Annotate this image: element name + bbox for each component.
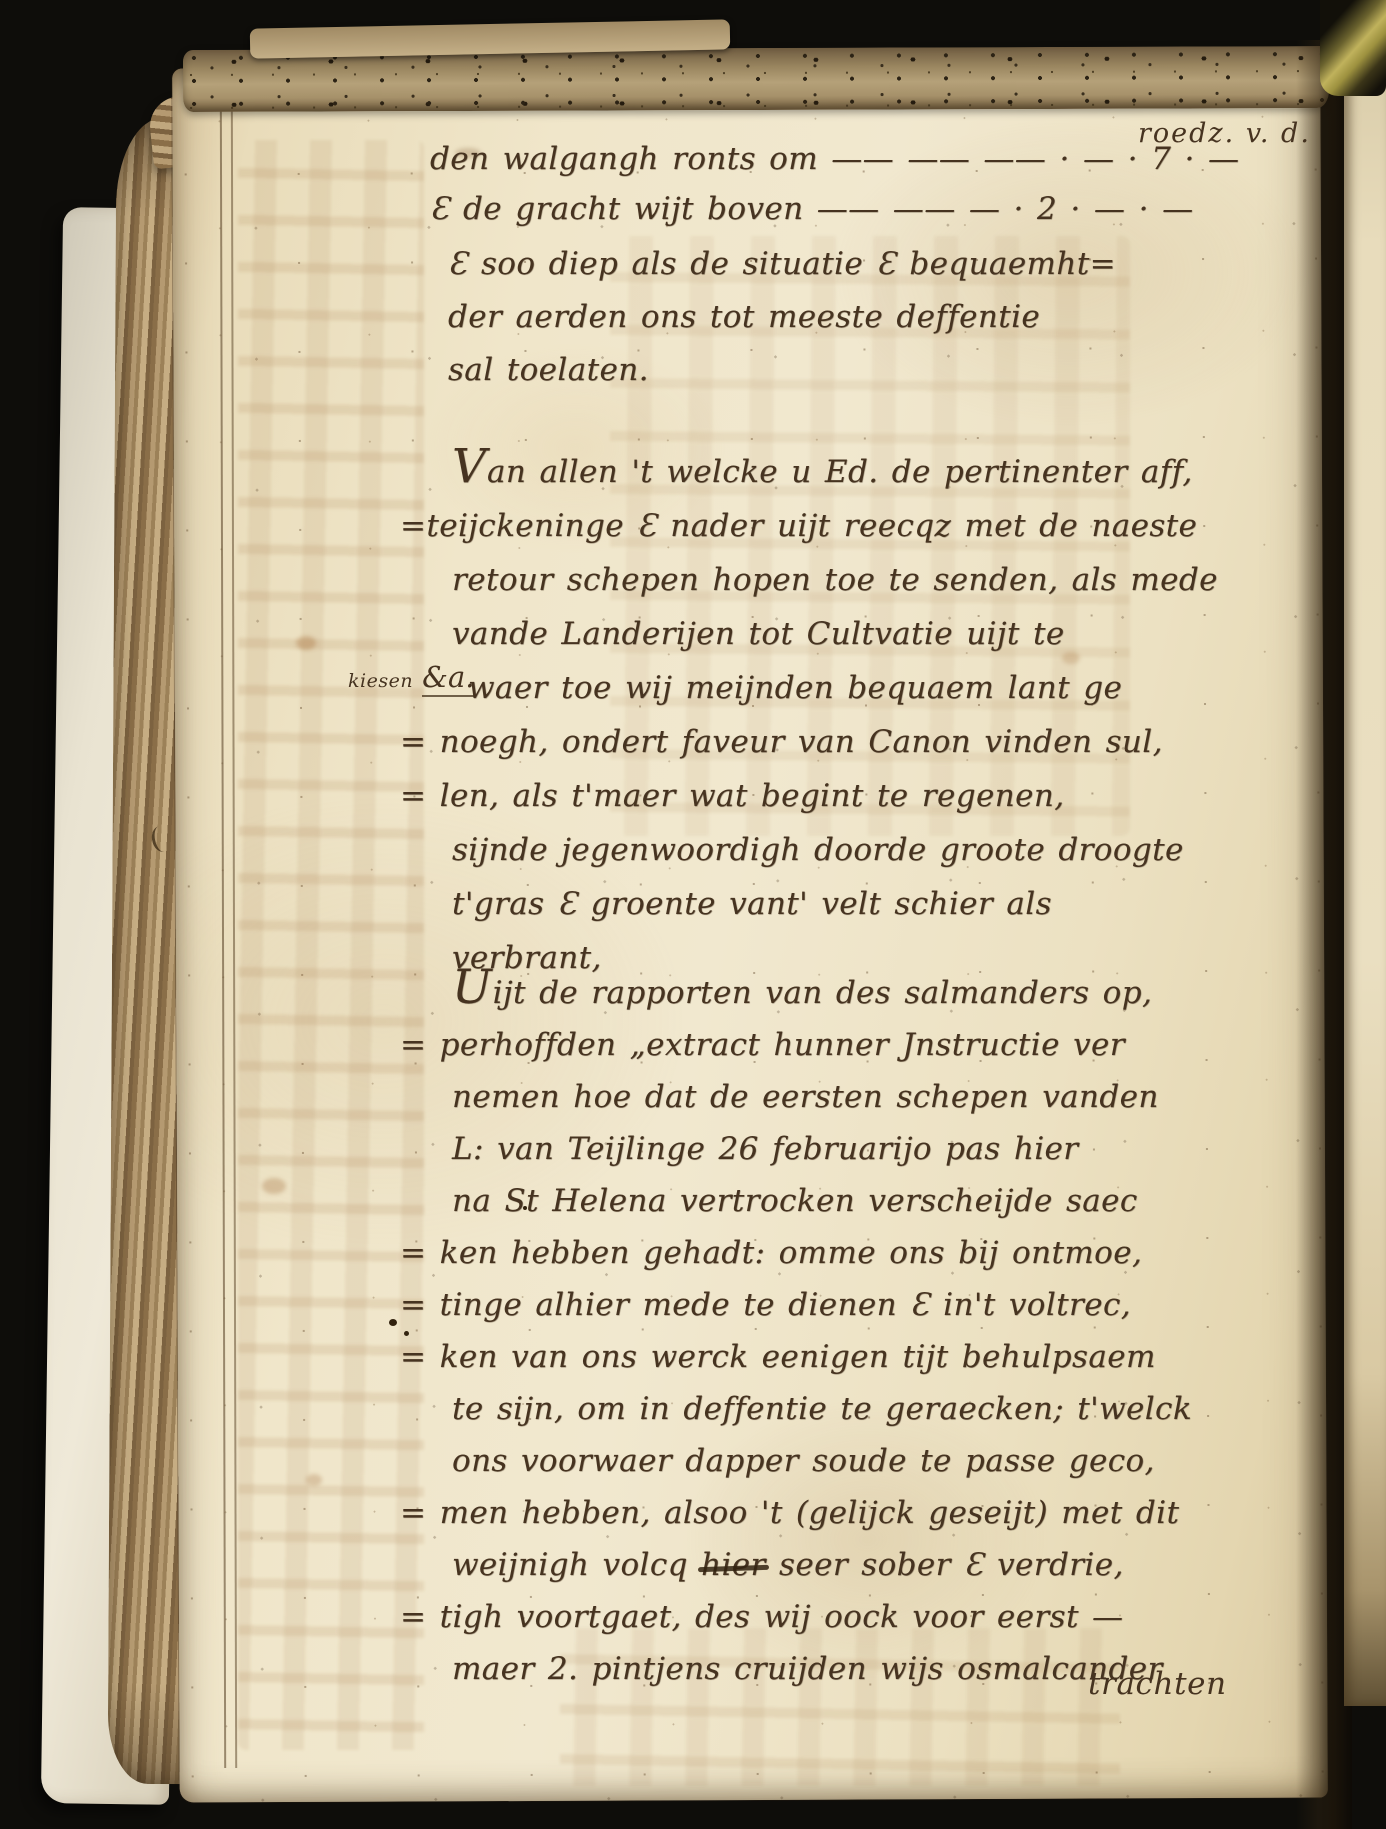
manuscript-line: = tigh voortgaet, des wij oock voor eers… <box>400 1591 1192 1643</box>
manuscript-line: waer toe wij meijnden bequaem lant ge <box>468 661 1218 715</box>
ink-bleedthrough <box>238 140 424 1750</box>
manuscript-line: vande Landerijen tot Cultvatie uijt te <box>452 607 1218 661</box>
manuscript-line: sijnde jegenwoordigh doorde groote droog… <box>452 823 1218 877</box>
line-text: te sijn, om in deffentie te geraecken; t… <box>452 1391 1192 1427</box>
foxing-stain <box>262 1178 286 1194</box>
struck-word: hier <box>701 1547 766 1583</box>
manuscript-line: te sijn, om in deffentie te geraecken; t… <box>452 1383 1192 1435</box>
manuscript-line: weijnigh volcq hier seer sober Ɛ verdrie… <box>452 1539 1192 1591</box>
binding-fragment <box>1320 0 1386 96</box>
manuscript-line: den walgangh ronts om —— —— —— · — · 7 ·… <box>430 134 1239 184</box>
line-text: maer 2. pintjens cruijden wijs osmalcand… <box>452 1651 1163 1687</box>
line-text: = len, als t'maer wat begint te regenen, <box>400 778 1065 814</box>
line-text: seer sober Ɛ verdrie, <box>766 1547 1124 1583</box>
line-text: = ken van ons werck eenigen tijt behulps… <box>400 1339 1156 1375</box>
foxing-stain <box>306 1474 322 1486</box>
line-text: = perhoffden „extract hunner Jnstructie … <box>400 1027 1125 1063</box>
line-text: = tinge alhier mede te dienen Ɛ in't vol… <box>400 1287 1131 1323</box>
line-text: retour schepen hopen toe te senden, als … <box>452 562 1218 598</box>
line-text: Ɛ de gracht wijt boven —— —— — · 2 · — ·… <box>430 191 1193 227</box>
line-text: = noegh, ondert faveur van Canon vinden … <box>400 724 1163 760</box>
manuscript-line: nemen hoe dat de eersten schepen vanden <box>452 1071 1192 1123</box>
manuscript-line: sal toelaten. <box>448 344 1116 397</box>
line-text: waer toe wij meijnden bequaem lant ge <box>468 670 1122 706</box>
line-text: sijnde jegenwoordigh doorde groote droog… <box>452 832 1184 868</box>
flourish-capital: U <box>452 960 493 1015</box>
manuscript-line: Ɛ de gracht wijt boven —— —— — · 2 · — ·… <box>430 184 1239 234</box>
manuscript-line: =teijckeninge Ɛ nader uijt reecqz met de… <box>400 499 1218 553</box>
manuscript-line: ons voorwaer dapper soude te passe geco, <box>452 1435 1192 1487</box>
line-text: na St Helena vertrocken verscheijde saec <box>452 1183 1138 1219</box>
paragraph-2: Van allen 't welcke u Ed. de pertinenter… <box>452 440 1218 985</box>
manuscript-line: Uijt de rapporten van des salmanders op, <box>452 962 1192 1019</box>
paragraph-3: Uijt de rapporten van des salmanders op,… <box>452 962 1192 1695</box>
line-text: vande Landerijen tot Cultvatie uijt te <box>452 616 1065 652</box>
manuscript-scan: roedz. v. d. den walgangh ronts om —— ——… <box>0 0 1386 1829</box>
line-text: t'gras Ɛ groente vant' velt schier als <box>452 886 1052 922</box>
manuscript-line: = tinge alhier mede te dienen Ɛ in't vol… <box>400 1279 1192 1331</box>
manuscript-line: t'gras Ɛ groente vant' velt schier als <box>452 877 1218 931</box>
manuscript-line: Ɛ soo diep als de situatie Ɛ bequaemht= <box>448 238 1116 291</box>
flourish-capital: V <box>452 439 487 494</box>
manuscript-line: = perhoffden „extract hunner Jnstructie … <box>400 1019 1192 1071</box>
line-text: sal toelaten. <box>448 352 649 388</box>
manuscript-line: = noegh, ondert faveur van Canon vinden … <box>400 715 1218 769</box>
line-text: =teijckeninge Ɛ nader uijt reecqz met de… <box>400 508 1197 544</box>
manuscript-line: = men hebben, alsoo 't (gelijck geseijt)… <box>400 1487 1192 1539</box>
margin-note-word: kiesen <box>348 670 413 692</box>
line-text: L: van Teijlinge 26 februarijo pas hier <box>452 1131 1079 1167</box>
manuscript-line: = ken hebben gehadt: omme ons bij ontmoe… <box>400 1227 1192 1279</box>
line-text: an allen 't welcke u Ed. de pertinenter … <box>487 454 1193 490</box>
manuscript-line: retour schepen hopen toe te senden, als … <box>452 553 1218 607</box>
line-text: = tigh voortgaet, des wij oock voor eers… <box>400 1599 1123 1635</box>
measure-lines: den walgangh ronts om —— —— —— · — · 7 ·… <box>430 134 1239 234</box>
manuscript-line: na St Helena vertrocken verscheijde saec <box>452 1175 1192 1227</box>
manuscript-line: Van allen 't welcke u Ed. de pertinenter… <box>452 440 1218 499</box>
line-text: = ken hebben gehadt: omme ons bij ontmoe… <box>400 1235 1142 1271</box>
paragraph-1: Ɛ soo diep als de situatie Ɛ bequaemht=d… <box>448 238 1116 397</box>
line-text: ijt de rapporten van des salmanders op, <box>493 975 1153 1011</box>
line-text: Ɛ soo diep als de situatie Ɛ bequaemht= <box>448 246 1116 282</box>
foxing-stain <box>296 636 316 650</box>
manuscript-line: = ken van ons werck eenigen tijt behulps… <box>400 1331 1192 1383</box>
catchword: trachten <box>1088 1666 1227 1702</box>
manuscript-line: = len, als t'maer wat begint te regenen, <box>400 769 1218 823</box>
line-text: der aerden ons tot meeste deffentie <box>448 299 1040 335</box>
line-text: ons voorwaer dapper soude te passe geco, <box>452 1443 1155 1479</box>
facing-page-edge <box>1344 46 1386 1706</box>
line-text: den walgangh ronts om —— —— —— · — · 7 ·… <box>430 141 1239 177</box>
line-text: = men hebben, alsoo 't (gelijck geseijt)… <box>400 1495 1179 1531</box>
manuscript-line: der aerden ons tot meeste deffentie <box>448 291 1116 344</box>
manuscript-line: maer 2. pintjens cruijden wijs osmalcand… <box>452 1643 1192 1695</box>
manuscript-line: L: van Teijlinge 26 februarijo pas hier <box>452 1123 1192 1175</box>
ink-blot <box>389 1319 397 1326</box>
line-text: nemen hoe dat de eersten schepen vanden <box>452 1079 1159 1115</box>
line-text: weijnigh volcq <box>452 1547 701 1583</box>
